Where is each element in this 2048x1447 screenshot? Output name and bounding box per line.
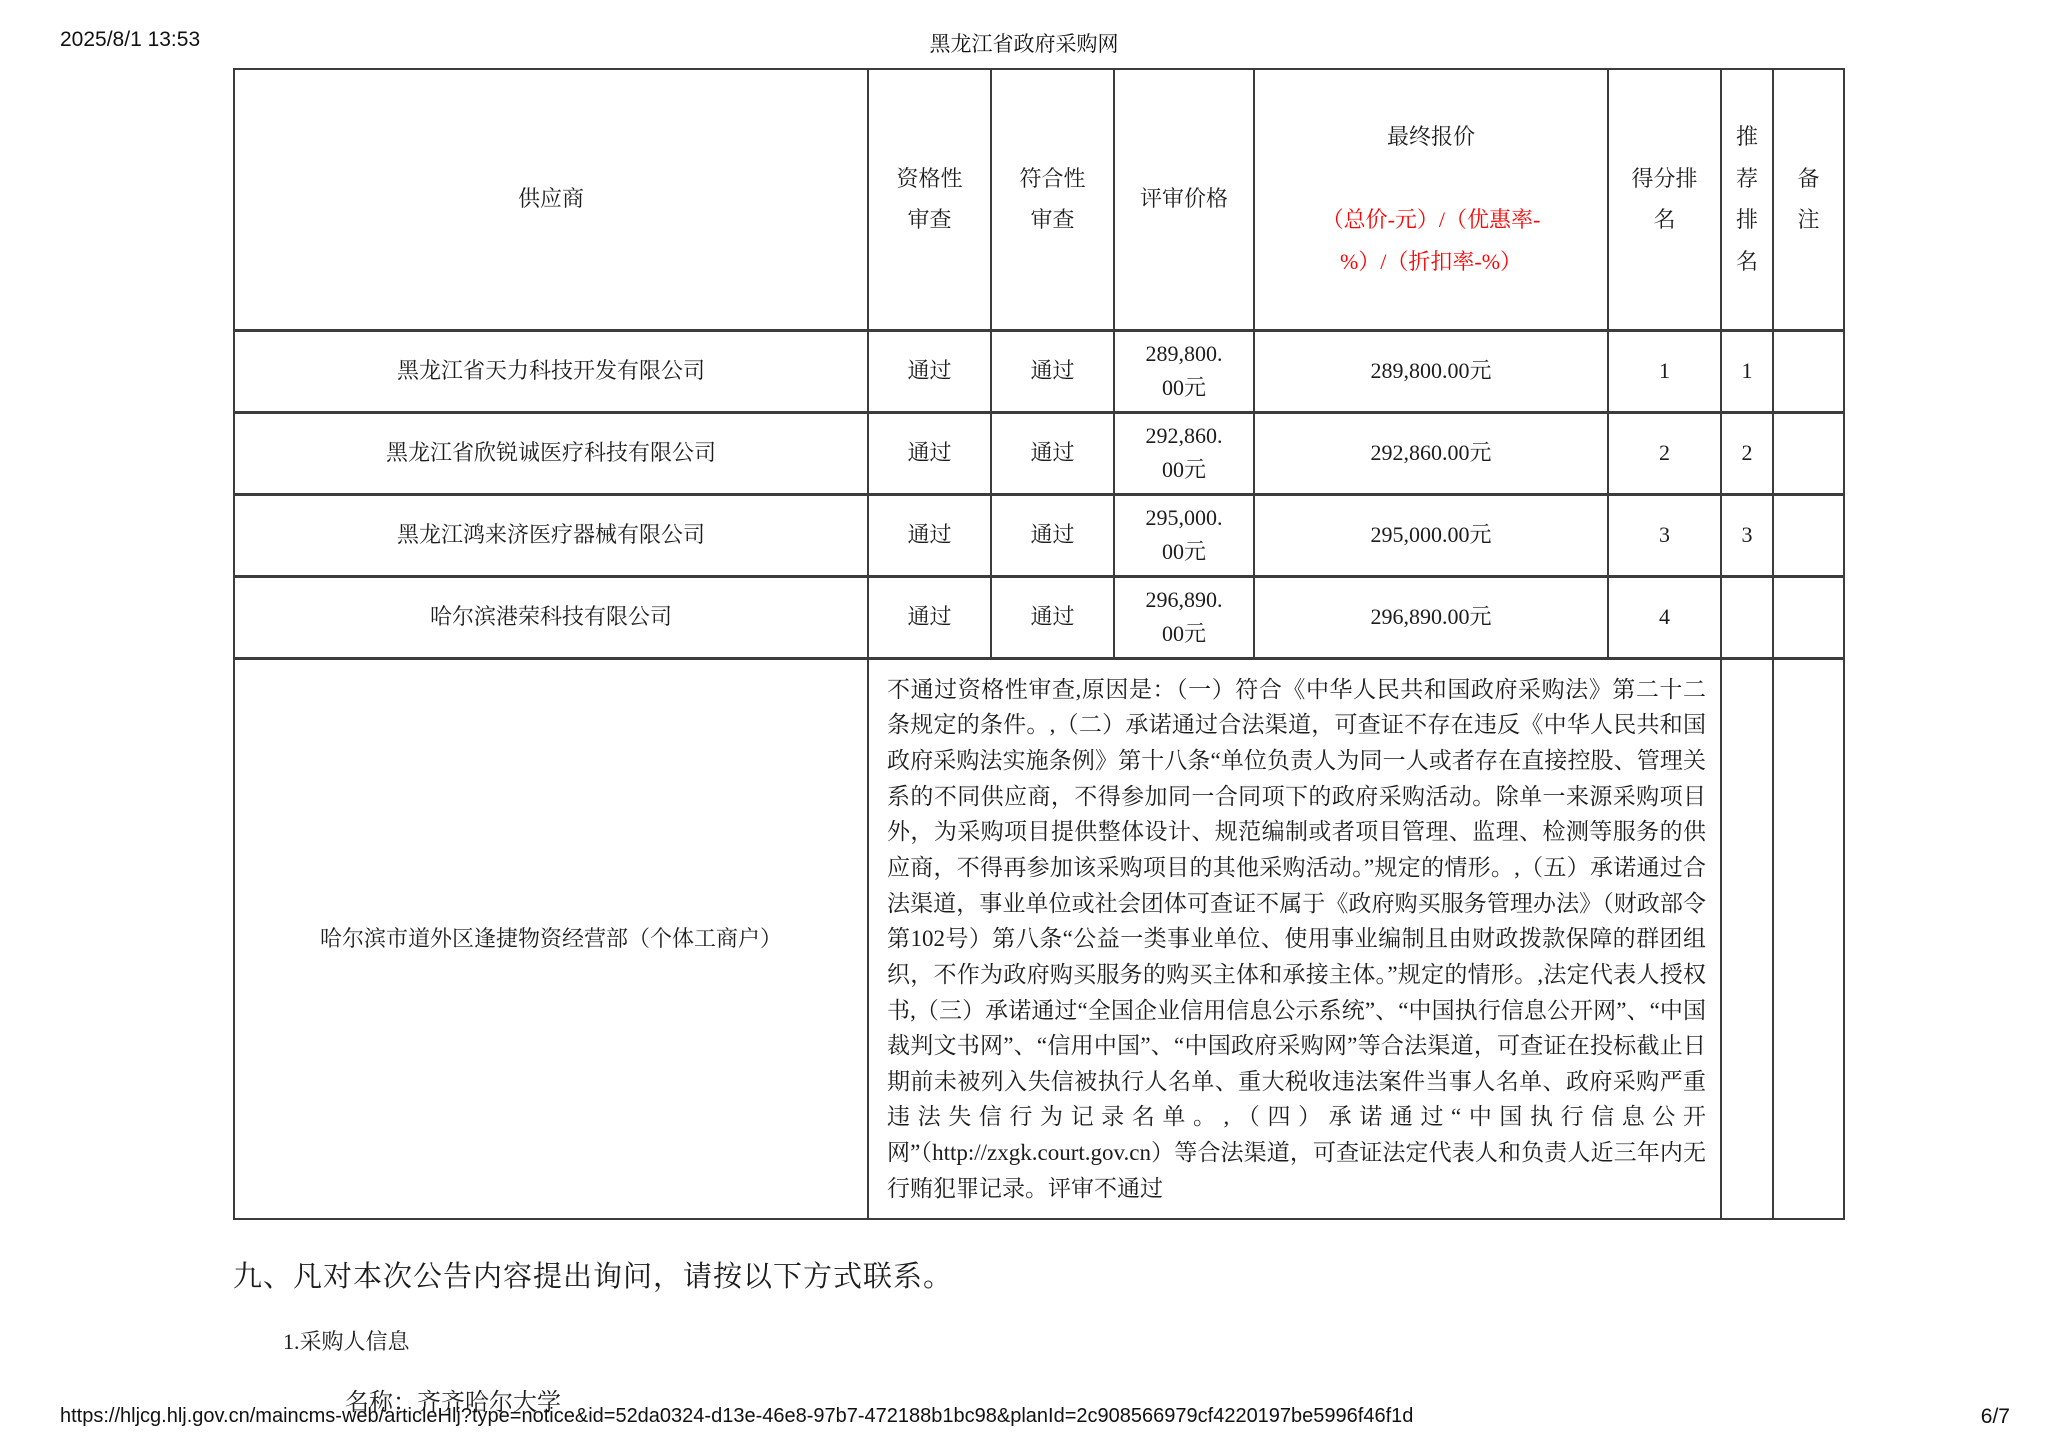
rejection-reason: 不通过资格性审查,原因是：（一）符合《中华人民共和国政府采购法》第二十二条规定的… (868, 658, 1721, 1219)
final-quote-subtitle: （总价-元）/（优惠率- %）/（折扣率-%） (1261, 199, 1601, 283)
col-header-final-quote: 最终报价 （总价-元）/（优惠率- %）/（折扣率-%） (1254, 69, 1608, 330)
recommend-rank (1721, 658, 1773, 1219)
col-header-supplier: 供应商 (234, 69, 868, 330)
section-heading-contact: 九、凡对本次公告内容提出询问，请按以下方式联系。 (233, 1254, 1843, 1295)
document-page: 供应商 资格性 审查 符合性 审查 评审价格 最终报价 （总价-元）/（优惠率-… (233, 68, 1843, 1417)
remark-cell (1773, 658, 1844, 1219)
col-header-qualification: 资格性 审查 (868, 69, 991, 330)
compliance-result: 通过 (991, 576, 1114, 658)
remark-cell (1773, 494, 1844, 576)
qualification-result: 通过 (868, 576, 991, 658)
qualification-result: 通过 (868, 412, 991, 494)
remark-cell (1773, 576, 1844, 658)
supplier-name: 黑龙江省欣锐诚医疗科技有限公司 (234, 412, 868, 494)
col-header-compliance: 符合性 审查 (991, 69, 1114, 330)
col-header-score-rank: 得分排 名 (1608, 69, 1721, 330)
recommend-rank: 3 (1721, 494, 1773, 576)
compliance-result: 通过 (991, 412, 1114, 494)
qualification-result: 通过 (868, 330, 991, 412)
final-quote: 296,890.00元 (1254, 576, 1608, 658)
recommend-rank: 1 (1721, 330, 1773, 412)
bid-evaluation-table: 供应商 资格性 审查 符合性 审查 评审价格 最终报价 （总价-元）/（优惠率-… (233, 68, 1845, 1220)
recommend-rank (1721, 576, 1773, 658)
print-header: 2025/8/1 13:53 黑龙江省政府采购网 (0, 28, 2048, 58)
score-rank: 3 (1608, 494, 1721, 576)
final-quote-title: 最终报价 (1261, 116, 1601, 158)
compliance-result: 通过 (991, 330, 1114, 412)
review-price: 292,860. 00元 (1114, 412, 1254, 494)
remark-cell (1773, 412, 1844, 494)
score-rank: 2 (1608, 412, 1721, 494)
supplier-name: 黑龙江省天力科技开发有限公司 (234, 330, 868, 412)
review-price: 289,800. 00元 (1114, 330, 1254, 412)
table-row: 黑龙江省欣锐诚医疗科技有限公司 通过 通过 292,860. 00元 292,8… (234, 412, 1844, 494)
score-rank: 4 (1608, 576, 1721, 658)
table-row: 黑龙江省天力科技开发有限公司 通过 通过 289,800. 00元 289,80… (234, 330, 1844, 412)
recommend-rank: 2 (1721, 412, 1773, 494)
score-rank: 1 (1608, 330, 1721, 412)
purchaser-info-label: 1.采购人信息 (283, 1325, 1843, 1356)
supplier-name: 哈尔滨港荣科技有限公司 (234, 576, 868, 658)
col-header-remark: 备 注 (1773, 69, 1844, 330)
col-header-review-price: 评审价格 (1114, 69, 1254, 330)
remark-cell (1773, 330, 1844, 412)
review-price: 295,000. 00元 (1114, 494, 1254, 576)
compliance-result: 通过 (991, 494, 1114, 576)
review-price: 296,890. 00元 (1114, 576, 1254, 658)
table-header-row: 供应商 资格性 审查 符合性 审查 评审价格 最终报价 （总价-元）/（优惠率-… (234, 69, 1844, 330)
site-title: 黑龙江省政府采购网 (0, 28, 2048, 58)
final-quote: 295,000.00元 (1254, 494, 1608, 576)
table-row-failed-supplier: 哈尔滨市道外区逢捷物资经营部（个体工商户） 不通过资格性审查,原因是：（一）符合… (234, 658, 1844, 1219)
page-number: 6/7 (1981, 1405, 2010, 1429)
print-footer: https://hljcg.hlj.gov.cn/maincms-web/art… (0, 1405, 2048, 1431)
final-quote: 289,800.00元 (1254, 330, 1608, 412)
supplier-name: 哈尔滨市道外区逢捷物资经营部（个体工商户） (234, 658, 868, 1219)
table-row: 哈尔滨港荣科技有限公司 通过 通过 296,890. 00元 296,890.0… (234, 576, 1844, 658)
supplier-name: 黑龙江鸿来济医疗器械有限公司 (234, 494, 868, 576)
table-row: 黑龙江鸿来济医疗器械有限公司 通过 通过 295,000. 00元 295,00… (234, 494, 1844, 576)
col-header-recommend-rank: 推 荐 排 名 (1721, 69, 1773, 330)
source-url: https://hljcg.hlj.gov.cn/maincms-web/art… (60, 1405, 1413, 1428)
final-quote: 292,860.00元 (1254, 412, 1608, 494)
qualification-result: 通过 (868, 494, 991, 576)
